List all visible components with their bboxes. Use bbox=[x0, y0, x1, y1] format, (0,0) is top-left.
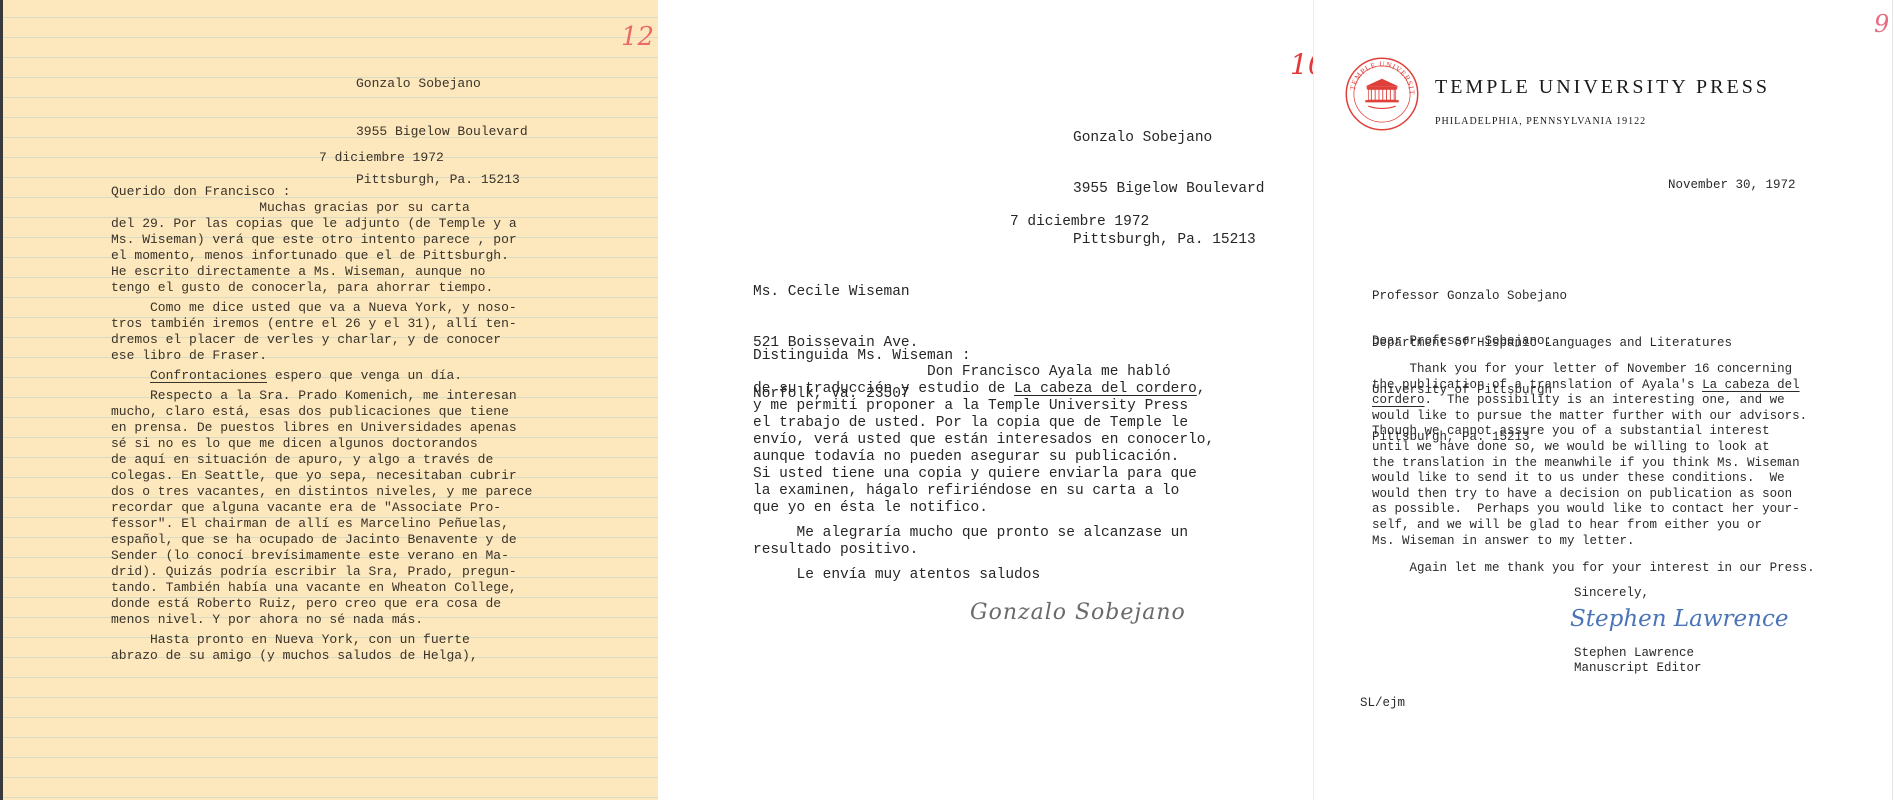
body-line: envío, verá usted que están interesados … bbox=[753, 432, 1214, 449]
body-line: tando. También había una vacante en Whea… bbox=[111, 580, 532, 596]
letterhead-address: PHILADELPHIA, PENNSYLVANIA 19122 bbox=[1435, 116, 1646, 127]
body-line: Thank you for your letter of November 16… bbox=[1372, 362, 1815, 378]
body-line: ese libro de Fraser. bbox=[111, 348, 532, 364]
body-line: as possible. Perhaps you would like to c… bbox=[1372, 502, 1815, 518]
body-line: Sender (lo conocí brevísimamente este ve… bbox=[111, 548, 532, 564]
page-mark-9: 9 bbox=[1874, 10, 1889, 38]
letter-date: November 30, 1972 bbox=[1668, 178, 1796, 194]
body-line: de aquí en situación de apuro, y algo a … bbox=[111, 452, 532, 468]
body-line: cordero. The possibility is an interesti… bbox=[1372, 393, 1815, 409]
signer-title: Manuscript Editor bbox=[1574, 661, 1702, 677]
body-line: Confrontaciones espero que venga un día. bbox=[111, 368, 532, 384]
letter-page-3: 9 TEMPLE UNIVERSITY TEMPLE UNIVERSITY PR… bbox=[1313, 0, 1893, 800]
sender-city: Pittsburgh, Pa. 15213 bbox=[1073, 232, 1264, 249]
body-line: fessor". El chairman de allí es Marcelin… bbox=[111, 516, 532, 532]
body-line: sé si no es lo que me dicen algunos doct… bbox=[111, 436, 532, 452]
body-line: tros también iremos (entre el 26 y el 31… bbox=[111, 316, 532, 332]
body-line: colegas. En Seattle, que yo sepa, necesi… bbox=[111, 468, 532, 484]
body-line: drid). Quizás podría escribir la Sra, Pr… bbox=[111, 564, 532, 580]
sender-street: 3955 Bigelow Boulevard bbox=[1073, 181, 1264, 198]
body-line: Ms. Wiseman in answer to my letter. bbox=[1372, 534, 1815, 550]
handwritten-signature: Stephen Lawrence bbox=[1570, 606, 1788, 632]
sender-address: Gonzalo Sobejano 3955 Bigelow Boulevard … bbox=[1073, 96, 1264, 283]
body-line: en prensa. De puestos libres en Universi… bbox=[111, 420, 532, 436]
body-line: mucho, claro está, esas dos publicacione… bbox=[111, 404, 532, 420]
body-line: Ms. Wiseman) verá que este otro intento … bbox=[111, 232, 532, 248]
temple-university-seal-icon: TEMPLE UNIVERSITY bbox=[1344, 56, 1420, 132]
body-line: dos o tres vacantes, en distintos nivele… bbox=[111, 484, 532, 500]
body-line: would like to pursue the matter further … bbox=[1372, 409, 1815, 425]
body-line: Si usted tiene una copia y quiere enviar… bbox=[753, 466, 1214, 483]
body-line: el trabajo de usted. Por la copia que de… bbox=[753, 415, 1214, 432]
body-line: recordar que alguna vacante era de "Asso… bbox=[111, 500, 532, 516]
body-line: aunque todavía no pueden asegurar su pub… bbox=[753, 449, 1214, 466]
letter-body: Don Francisco Ayala me hablóde su traduc… bbox=[753, 364, 1214, 584]
body-line: que yo en ésta le notifico. bbox=[753, 500, 1214, 517]
body-line: Como me dice usted que va a Nueva York, … bbox=[111, 300, 532, 316]
body-line: de su traducción y estudio de La cabeza … bbox=[753, 381, 1214, 398]
body-line bbox=[753, 559, 1214, 567]
body-line: del 29. Por las copias que le adjunto (d… bbox=[111, 216, 532, 232]
sender-name: Gonzalo Sobejano bbox=[1073, 130, 1264, 147]
typist-initials: SL/ejm bbox=[1360, 696, 1405, 712]
salutation: Dear Professor Sobejano: bbox=[1372, 334, 1552, 350]
letter-page-2: 10 Gonzalo Sobejano 3955 Bigelow Bouleva… bbox=[658, 0, 1313, 800]
body-line: Le envía muy atentos saludos bbox=[753, 567, 1214, 584]
body-line: resultado positivo. bbox=[753, 542, 1214, 559]
body-line: self, and we will be glad to hear from e… bbox=[1372, 518, 1815, 534]
body-line: Respecto a la Sra. Prado Komenich, me in… bbox=[111, 388, 532, 404]
body-line: Me alegraría mucho que pronto se alcanza… bbox=[753, 525, 1214, 542]
body-line bbox=[753, 517, 1214, 525]
recipient-name: Ms. Cecile Wiseman bbox=[753, 284, 918, 301]
salutation: Distinguida Ms. Wiseman : bbox=[753, 348, 971, 365]
body-line: the translation in the meanwhile if you … bbox=[1372, 456, 1815, 472]
letterhead-title: TEMPLE UNIVERSITY PRESS bbox=[1435, 76, 1770, 99]
body-line: Though we cannot assure you of a substan… bbox=[1372, 424, 1815, 440]
page-mark-12: 12 bbox=[621, 22, 654, 52]
letter-page-1: 12 Gonzalo Sobejano 3955 Bigelow Bouleva… bbox=[0, 0, 658, 800]
body-line: Don Francisco Ayala me habló bbox=[753, 364, 1214, 381]
body-line: donde está Roberto Ruiz, pero creo que e… bbox=[111, 596, 532, 612]
body-line: y me permití proponer a la Temple Univer… bbox=[753, 398, 1214, 415]
handwritten-signature: Gonzalo Sobejano bbox=[970, 600, 1186, 625]
body-line: the publication of a translation of Ayal… bbox=[1372, 378, 1815, 394]
body-line: español, que se ha ocupado de Jacinto Be… bbox=[111, 532, 532, 548]
closing: Sincerely, bbox=[1574, 586, 1649, 602]
sender-address: Gonzalo Sobejano 3955 Bigelow Boulevard … bbox=[356, 44, 528, 220]
page-mark-10: 10 bbox=[1290, 48, 1313, 81]
letter-date: 7 diciembre 1972 bbox=[1010, 214, 1149, 231]
sender-street: 3955 Bigelow Boulevard bbox=[356, 124, 528, 140]
sender-city: Pittsburgh, Pa. 15213 bbox=[356, 172, 528, 188]
body-line: menos nivel. Y por ahora no sé nada más. bbox=[111, 612, 532, 628]
body-line: el momento, menos infortunado que el de … bbox=[111, 248, 532, 264]
salutation: Querido don Francisco : bbox=[111, 184, 290, 200]
body-line: abrazo de su amigo (y muchos saludos de … bbox=[111, 648, 532, 664]
body-line: Again let me thank you for your interest… bbox=[1372, 561, 1815, 577]
body-line: until we have done so, we would be willi… bbox=[1372, 440, 1815, 456]
body-line: tengo el gusto de conocerla, para ahorra… bbox=[111, 280, 532, 296]
body-line bbox=[1372, 549, 1815, 561]
body-line: Muchas gracias por su carta bbox=[111, 200, 532, 216]
body-line: la examinen, hágalo refiriéndose en su c… bbox=[753, 483, 1214, 500]
body-line: would then try to have a decision on pub… bbox=[1372, 487, 1815, 503]
letter-date: 7 diciembre 1972 bbox=[319, 150, 444, 166]
body-line: He escrito directamente a Ms. Wiseman, a… bbox=[111, 264, 532, 280]
body-line: Hasta pronto en Nueva York, con un fuert… bbox=[111, 632, 532, 648]
signer-name: Stephen Lawrence bbox=[1574, 646, 1694, 662]
recipient-name: Professor Gonzalo Sobejano bbox=[1372, 289, 1732, 305]
letter-body: Muchas gracias por su cartadel 29. Por l… bbox=[111, 200, 532, 664]
body-line: dremos el placer de verles y charlar, y … bbox=[111, 332, 532, 348]
sender-name: Gonzalo Sobejano bbox=[356, 76, 528, 92]
letter-body: Thank you for your letter of November 16… bbox=[1372, 362, 1815, 577]
body-line: would like to send it to us under these … bbox=[1372, 471, 1815, 487]
